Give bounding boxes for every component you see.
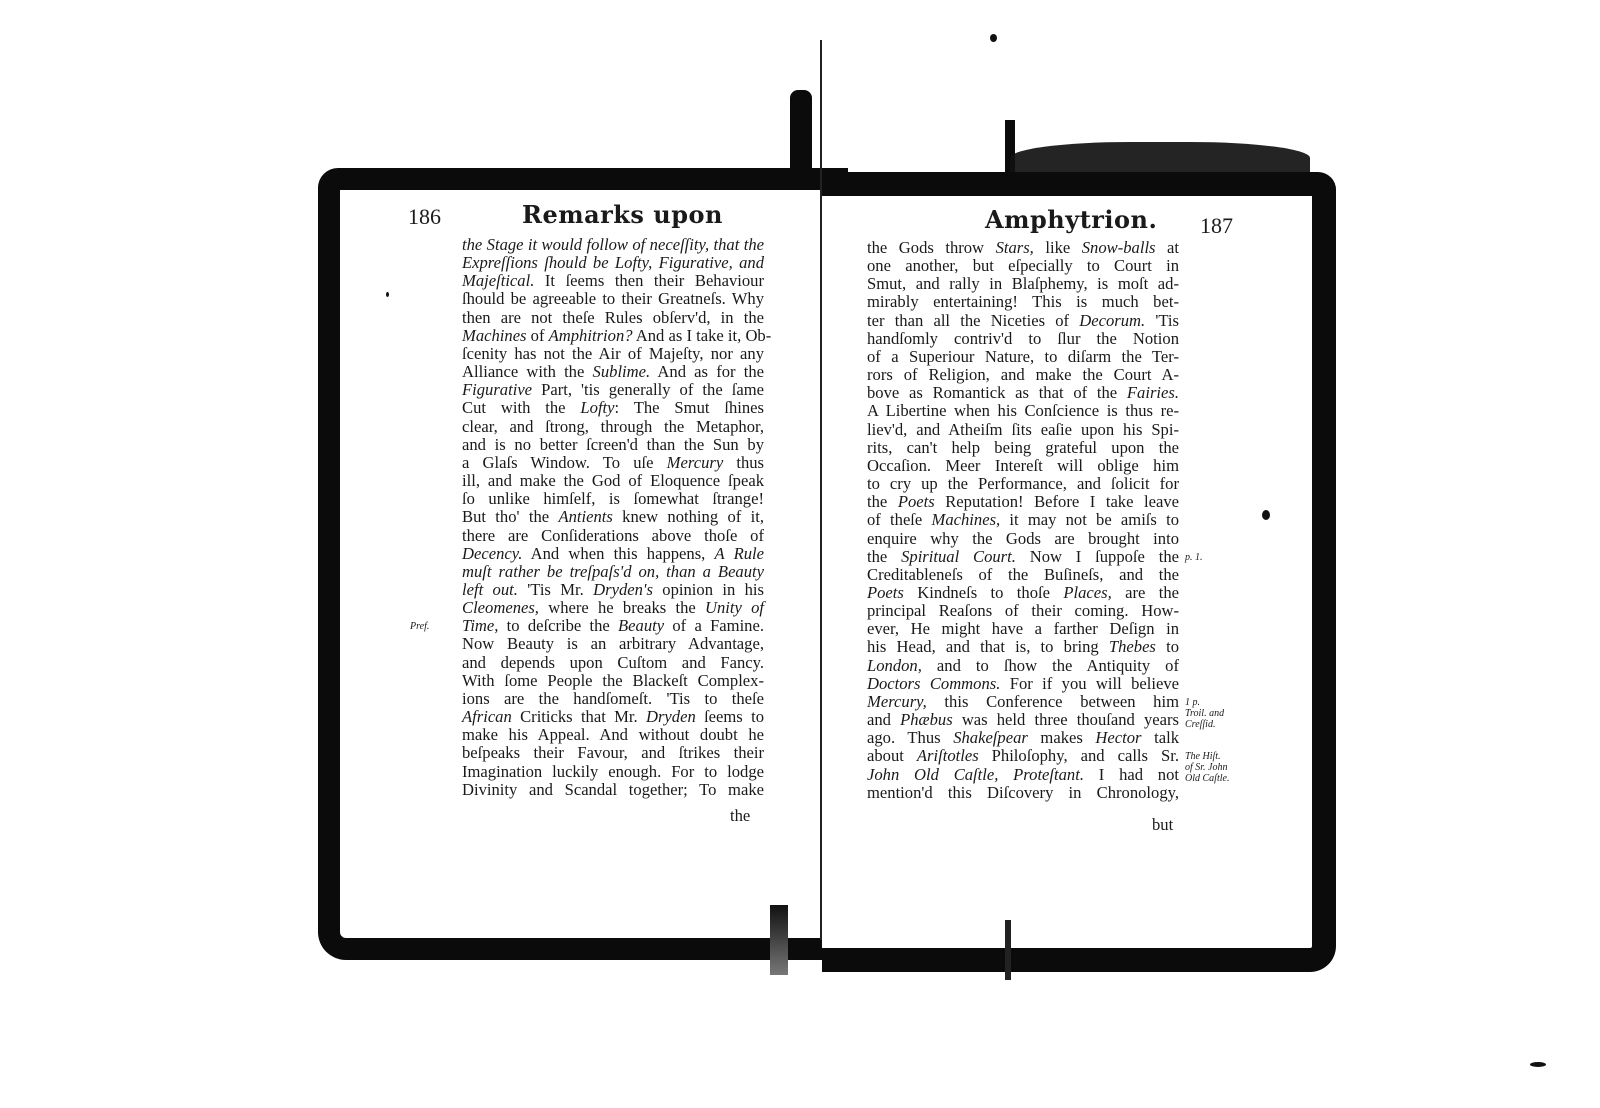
roman-run: makes bbox=[1028, 728, 1096, 747]
book-gutter bbox=[820, 40, 822, 940]
italic-run: Places, bbox=[1063, 583, 1111, 602]
margin-note: Pref. bbox=[410, 621, 429, 632]
roman-run: principal Reaſons of their coming. How- bbox=[867, 601, 1179, 620]
text-line: ſhould be agreeable to their Greatneſs. … bbox=[462, 290, 764, 308]
italic-run: Lofty bbox=[580, 398, 614, 417]
italic-run: Amphitrion? bbox=[549, 326, 633, 345]
roman-run: then are not theſe Rules obſerv'd, in th… bbox=[462, 308, 764, 327]
roman-run: But tho' the bbox=[462, 507, 558, 526]
text-line: the Gods throw Stars, like Snow-balls at bbox=[867, 239, 1179, 257]
roman-run: ill, and make the God of Eloquence ſpeak bbox=[462, 471, 764, 490]
text-line: Poets Kindneſs to thoſe Places, are the bbox=[867, 584, 1179, 602]
roman-run: talk bbox=[1142, 728, 1179, 747]
catchword: but bbox=[1152, 815, 1173, 835]
italic-run: Figurative bbox=[462, 380, 532, 399]
roman-run: Creditableneſs of the Buſineſs, and the bbox=[867, 565, 1179, 584]
roman-run: handſomly contriv'd to ſlur the Notion bbox=[867, 329, 1179, 348]
text-line: Doctors Commons. For if you will believe bbox=[867, 675, 1179, 693]
text-line: and is no better ſcreen'd than the Sun b… bbox=[462, 436, 764, 454]
body-text: the Stage it would follow of neceſſity, … bbox=[462, 236, 764, 799]
italic-run: London, bbox=[867, 656, 922, 675]
italic-run: Machines bbox=[462, 326, 527, 345]
scan-speck bbox=[386, 292, 389, 297]
italic-run: Fairies. bbox=[1127, 383, 1179, 402]
roman-run: It ſeems then their Behaviour bbox=[534, 271, 764, 290]
text-line: Now Beauty is an arbitrary Advantage, bbox=[462, 635, 764, 653]
text-line: A Libertine when his Conſcience is thus … bbox=[867, 402, 1179, 420]
text-line: the Stage it would follow of neceſſity, … bbox=[462, 236, 764, 254]
text-line: Cut with the Lofty: The Smut ſhines bbox=[462, 399, 764, 417]
italic-run: Cleomenes, bbox=[462, 598, 539, 617]
roman-run: Imagination luckily enough. For to lodge bbox=[462, 762, 764, 781]
italic-run: Decorum. bbox=[1079, 311, 1145, 330]
text-line: ſo unlike himſelf, is ſomewhat ſtrange! bbox=[462, 490, 764, 508]
italic-run: Beauty bbox=[618, 616, 664, 635]
italic-run: Stars, bbox=[996, 238, 1034, 257]
roman-run: ago. Thus bbox=[867, 728, 953, 747]
text-line: But tho' the Antients knew nothing of it… bbox=[462, 508, 764, 526]
italic-run: Hector bbox=[1095, 728, 1141, 747]
text-line: Smut, and rally in Blaſphemy, is moſt ad… bbox=[867, 275, 1179, 293]
running-head: Amphytrion. 187 bbox=[855, 205, 1250, 239]
text-line: ill, and make the God of Eloquence ſpeak bbox=[462, 472, 764, 490]
roman-run: to bbox=[1156, 637, 1179, 656]
roman-run: knew nothing of it, bbox=[613, 507, 764, 526]
margin-note: p. 1. bbox=[1185, 552, 1203, 563]
roman-run: enquire why the Gods are brought into bbox=[867, 529, 1179, 548]
roman-run: opinion in his bbox=[653, 580, 764, 599]
italic-run: Shakeſpear bbox=[953, 728, 1028, 747]
roman-run: of a Superiour Nature, to diſarm the Ter… bbox=[867, 347, 1179, 366]
text-line: the Spiritual Court. Now I ſuppoſe the bbox=[867, 548, 1179, 566]
text-line: Alliance with the Sublime. And as for th… bbox=[462, 363, 764, 381]
roman-run: and to ſhow the Antiquity of bbox=[922, 656, 1179, 675]
text-line: Mercury, this Conference between him bbox=[867, 693, 1179, 711]
roman-run: one another, but eſpecially to Court in bbox=[867, 256, 1179, 275]
roman-run: Now I ſuppoſe the bbox=[1016, 547, 1179, 566]
roman-run: rors of Religion, and make the Court A- bbox=[867, 365, 1179, 384]
roman-run: 'Tis bbox=[1145, 311, 1179, 330]
roman-run: ſhould be agreeable to their Greatneſs. … bbox=[462, 289, 764, 308]
italic-run: Majeſtical. bbox=[462, 271, 534, 290]
roman-run: of a Famine. bbox=[664, 616, 764, 635]
text-line: there are Conſiderations above thoſe of bbox=[462, 527, 764, 545]
roman-run: Cut with the bbox=[462, 398, 580, 417]
italic-run: John Old Caſtle, Proteſtant. bbox=[867, 765, 1084, 784]
text-line: clear, and ſtrong, through the Metaphor, bbox=[462, 418, 764, 436]
roman-run: Now Beauty is an arbitrary Advantage, bbox=[462, 634, 764, 653]
roman-run: : The Smut ſhines bbox=[615, 398, 764, 417]
margin-note: The Hiſt. of Sr. John Old Caſtle. bbox=[1185, 751, 1229, 784]
roman-run: ions are the handſomeſt. 'Tis to theſe bbox=[462, 689, 764, 708]
text-line: Machines of Amphitrion? And as I take it… bbox=[462, 327, 764, 345]
italic-run: Poets bbox=[898, 492, 935, 511]
text-line: Majeſtical. It ſeems then their Behaviou… bbox=[462, 272, 764, 290]
roman-run: of theſe bbox=[867, 510, 932, 529]
roman-run: ter than all the Niceties of bbox=[867, 311, 1079, 330]
right-page: Amphytrion. 187 the Gods throw Stars, li… bbox=[855, 205, 1250, 239]
roman-run: ſcenity has not the Air of Majeſty, nor … bbox=[462, 344, 764, 363]
text-line: enquire why the Gods are brought into bbox=[867, 530, 1179, 548]
text-line: Expreſſions ſhould be Lofty, Figurative,… bbox=[462, 254, 764, 272]
italic-run: Doctors Commons. bbox=[867, 674, 1000, 693]
italic-run: Time, bbox=[462, 616, 498, 635]
text-line: then are not theſe Rules obſerv'd, in th… bbox=[462, 309, 764, 327]
italic-run: Mercury, bbox=[867, 692, 927, 711]
italic-run: muſt rather be treſpaſs'd on, than a Bea… bbox=[462, 562, 764, 581]
running-head-title: Remarks upon bbox=[522, 200, 723, 229]
roman-run: For if you will believe bbox=[1000, 674, 1179, 693]
text-line: Figurative Part, 'tis generally of the ſ… bbox=[462, 381, 764, 399]
text-line: to cry up the Performance, and ſolicit f… bbox=[867, 475, 1179, 493]
roman-run: mention'd this Diſcovery in Chronology, bbox=[867, 783, 1179, 802]
roman-run: there are Conſiderations above thoſe of bbox=[462, 526, 764, 545]
roman-run: the Gods throw bbox=[867, 238, 996, 257]
roman-run: the bbox=[867, 547, 901, 566]
roman-run: Part, 'tis generally of the ſame bbox=[532, 380, 764, 399]
roman-run: And as for the bbox=[650, 362, 764, 381]
roman-run: a Glaſs Window. To uſe bbox=[462, 453, 667, 472]
roman-run: about bbox=[867, 746, 917, 765]
roman-run: to deſcribe the bbox=[498, 616, 618, 635]
roman-run: make his Appeal. And without doubt he bbox=[462, 725, 764, 744]
text-line: With ſome People the Blackeſt Complex- bbox=[462, 672, 764, 690]
running-head: 186 Remarks upon bbox=[400, 200, 770, 234]
text-line: make his Appeal. And without doubt he bbox=[462, 726, 764, 744]
roman-run: his Head, and that is, to bring bbox=[867, 637, 1109, 656]
roman-run: ſeems to bbox=[696, 707, 764, 726]
italic-run: the Stage it would follow of neceſſity, … bbox=[462, 235, 764, 254]
body-text: the Gods throw Stars, like Snow-balls at… bbox=[867, 239, 1179, 802]
italic-run: Unity of bbox=[705, 598, 764, 617]
roman-run: to cry up the Performance, and ſolicit f… bbox=[867, 474, 1179, 493]
text-line: about Ariſtotles Philoſophy, and calls S… bbox=[867, 747, 1179, 765]
roman-run: where he breaks the bbox=[539, 598, 705, 617]
italic-run: Expreſſions ſhould be Lofty, Figurative,… bbox=[462, 253, 764, 272]
text-line: bove as Romantick as that of the Fairies… bbox=[867, 384, 1179, 402]
text-line: one another, but eſpecially to Court in bbox=[867, 257, 1179, 275]
text-line: Decency. And when this happens, A Rule bbox=[462, 545, 764, 563]
text-line: of theſe Machines, it may not be amiſs t… bbox=[867, 511, 1179, 529]
text-line: African Criticks that Mr. Dryden ſeems t… bbox=[462, 708, 764, 726]
roman-run: Criticks that Mr. bbox=[512, 707, 646, 726]
italic-run: Spiritual Court. bbox=[901, 547, 1016, 566]
roman-run: and is no better ſcreen'd than the Sun b… bbox=[462, 435, 764, 454]
roman-run: rits, can't help being grateful upon the bbox=[867, 438, 1179, 457]
roman-run: Alliance with the bbox=[462, 362, 593, 381]
text-line: beſpeaks their Favour, and ſtrikes their bbox=[462, 744, 764, 762]
roman-run: beſpeaks their Favour, and ſtrikes their bbox=[462, 743, 764, 762]
text-line: Imagination luckily enough. For to lodge bbox=[462, 763, 764, 781]
roman-run: like bbox=[1034, 238, 1082, 257]
scan-speck bbox=[1262, 510, 1270, 520]
roman-run: of bbox=[527, 326, 549, 345]
text-line: liev'd, and Atheiſm ſits eaſie upon his … bbox=[867, 421, 1179, 439]
roman-run: and depends upon Cuſtom and Fancy. bbox=[462, 653, 764, 672]
left-page: 186 Remarks upon the Stage it would foll… bbox=[400, 200, 770, 234]
roman-run: thus bbox=[723, 453, 764, 472]
roman-run: the bbox=[867, 492, 898, 511]
text-line: a Glaſs Window. To uſe Mercury thus bbox=[462, 454, 764, 472]
text-line: rits, can't help being grateful upon the bbox=[867, 439, 1179, 457]
text-line: left out. 'Tis Mr. Dryden's opinion in h… bbox=[462, 581, 764, 599]
roman-run: and bbox=[867, 710, 900, 729]
scan-speck bbox=[990, 34, 997, 42]
running-head-title: Amphytrion. bbox=[985, 205, 1157, 234]
italic-run: African bbox=[462, 707, 512, 726]
italic-run: Ariſtotles bbox=[917, 746, 979, 765]
italic-run: Snow-balls bbox=[1082, 238, 1156, 257]
text-line: and depends upon Cuſtom and Fancy. bbox=[462, 654, 764, 672]
italic-run: Dryden's bbox=[593, 580, 653, 599]
text-line: Time, to deſcribe the Beauty of a Famine… bbox=[462, 617, 764, 635]
italic-run: left out. bbox=[462, 580, 518, 599]
roman-run: 'Tis Mr. bbox=[518, 580, 593, 599]
text-line: John Old Caſtle, Proteſtant. I had not bbox=[867, 766, 1179, 784]
text-line: ago. Thus Shakeſpear makes Hector talk bbox=[867, 729, 1179, 747]
text-line: Creditableneſs of the Buſineſs, and the bbox=[867, 566, 1179, 584]
text-line: of a Superiour Nature, to diſarm the Ter… bbox=[867, 348, 1179, 366]
roman-run: bove as Romantick as that of the bbox=[867, 383, 1127, 402]
roman-run: I had not bbox=[1084, 765, 1179, 784]
roman-run: And as I take it, Ob- bbox=[633, 326, 772, 345]
roman-run: Reputation! Before I take leave bbox=[935, 492, 1179, 511]
text-line: ſcenity has not the Air of Majeſty, nor … bbox=[462, 345, 764, 363]
roman-run: With ſome People the Blackeſt Complex- bbox=[462, 671, 764, 690]
text-line: Occaſion. Meer Intereſt will oblige him bbox=[867, 457, 1179, 475]
italic-run: Sublime. bbox=[593, 362, 651, 381]
roman-run: at bbox=[1156, 238, 1180, 257]
roman-run: mirably entertaining! This is much bet- bbox=[867, 292, 1179, 311]
italic-run: Poets bbox=[867, 583, 904, 602]
text-line: rors of Religion, and make the Court A- bbox=[867, 366, 1179, 384]
roman-run: Occaſion. Meer Intereſt will oblige him bbox=[867, 456, 1179, 475]
catchword: the bbox=[730, 806, 750, 826]
text-line: ions are the handſomeſt. 'Tis to theſe bbox=[462, 690, 764, 708]
text-line: his Head, and that is, to bring Thebes t… bbox=[867, 638, 1179, 656]
text-line: ter than all the Niceties of Decorum. 'T… bbox=[867, 312, 1179, 330]
roman-run: Smut, and rally in Blaſphemy, is moſt ad… bbox=[867, 274, 1179, 293]
roman-run: this Conference between him bbox=[927, 692, 1179, 711]
text-line: and Phæbus was held three thouſand years bbox=[867, 711, 1179, 729]
roman-run: it may not be amiſs to bbox=[1000, 510, 1179, 529]
page-number: 187 bbox=[1200, 213, 1233, 239]
roman-run: ever, He might have a farther Deſign in bbox=[867, 619, 1179, 638]
italic-run: Antients bbox=[558, 507, 612, 526]
text-line: ever, He might have a farther Deſign in bbox=[867, 620, 1179, 638]
italic-run: Phæbus bbox=[900, 710, 953, 729]
text-line: the Poets Reputation! Before I take leav… bbox=[867, 493, 1179, 511]
italic-run: Decency. bbox=[462, 544, 522, 563]
roman-run: liev'd, and Atheiſm ſits eaſie upon his … bbox=[867, 420, 1179, 439]
italic-run: Dryden bbox=[646, 707, 696, 726]
roman-run: And when this happens, bbox=[522, 544, 714, 563]
text-line: mirably entertaining! This is much bet- bbox=[867, 293, 1179, 311]
roman-run: clear, and ſtrong, through the Metaphor, bbox=[462, 417, 764, 436]
text-line: principal Reaſons of their coming. How- bbox=[867, 602, 1179, 620]
italic-run: Mercury bbox=[667, 453, 724, 472]
text-line: mention'd this Diſcovery in Chronology, bbox=[867, 784, 1179, 802]
text-line: London, and to ſhow the Antiquity of bbox=[867, 657, 1179, 675]
text-line: muſt rather be treſpaſs'd on, than a Bea… bbox=[462, 563, 764, 581]
italic-run: Thebes bbox=[1109, 637, 1156, 656]
text-line: Divinity and Scandal together; To make bbox=[462, 781, 764, 799]
page-number: 186 bbox=[408, 204, 441, 230]
text-line: Cleomenes, where he breaks the Unity of bbox=[462, 599, 764, 617]
scan-speck bbox=[1530, 1062, 1546, 1067]
italic-run: Machines, bbox=[932, 510, 1001, 529]
binding-shadow-bottom-right bbox=[1005, 920, 1011, 980]
binding-shadow-bottom-left bbox=[770, 905, 788, 975]
roman-run: ſo unlike himſelf, is ſomewhat ſtrange! bbox=[462, 489, 764, 508]
roman-run: are the bbox=[1112, 583, 1179, 602]
roman-run: Divinity and Scandal together; To make bbox=[462, 780, 764, 799]
roman-run: Philoſophy, and calls Sr. bbox=[979, 746, 1179, 765]
roman-run: Kindneſs to thoſe bbox=[904, 583, 1063, 602]
italic-run: A Rule bbox=[715, 544, 764, 563]
roman-run: A Libertine when his Conſcience is thus … bbox=[867, 401, 1179, 420]
margin-note: 1 p. Troil. and Creſſid. bbox=[1185, 697, 1224, 730]
roman-run: was held three thouſand years bbox=[953, 710, 1179, 729]
text-line: handſomly contriv'd to ſlur the Notion bbox=[867, 330, 1179, 348]
